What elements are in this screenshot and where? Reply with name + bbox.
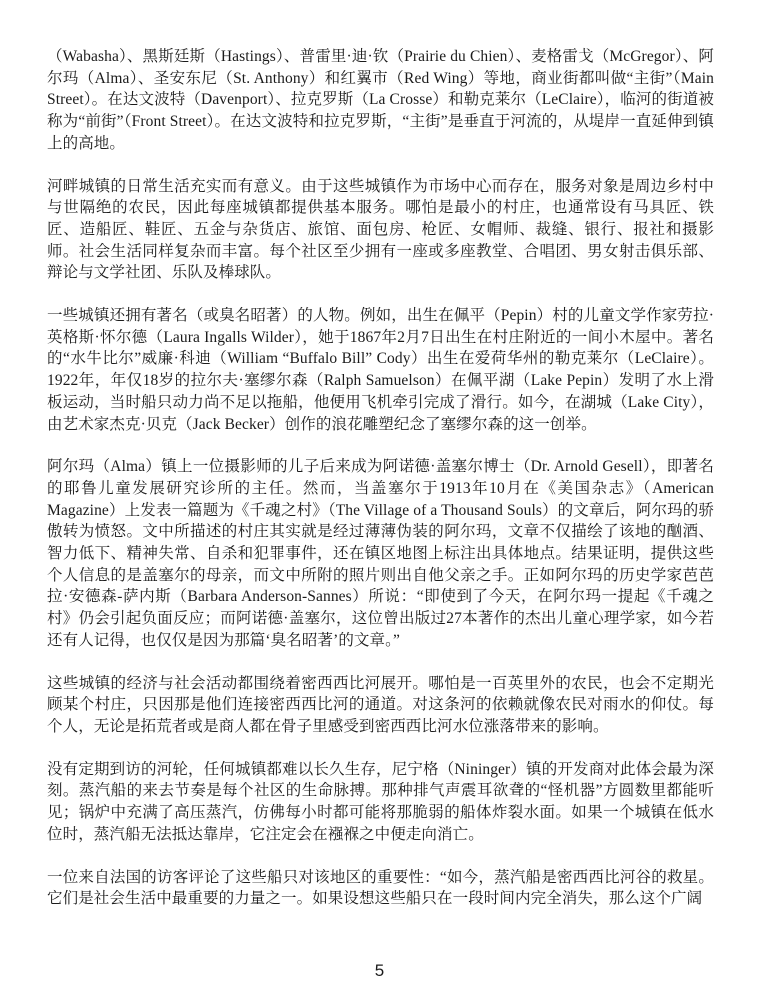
paragraph-gesell-alma: 阿尔玛（Alma）镇上一位摄影师的儿子后来成为阿诺德·盖塞尔博士（Dr. Arn… [47, 456, 714, 651]
paragraph-famous-people: 一些城镇还拥有著名（或臭名昭著）的人物。例如，出生在佩平（Pepin）村的儿童文… [47, 305, 714, 435]
paragraph-daily-life: 河畔城镇的日常生活充实而有意义。由于这些城镇作为市场中心而存在，服务对象是周边乡… [47, 176, 714, 285]
page-number: 5 [375, 961, 384, 980]
document-page: （Wabasha）、黑斯廷斯（Hastings）、普雷里·迪·钦（Prairie… [0, 0, 759, 1000]
paragraph-main-streets: （Wabasha）、黑斯廷斯（Hastings）、普雷里·迪·钦（Prairie… [47, 46, 714, 155]
page-footer: 5 [0, 961, 759, 981]
paragraph-river-economy: 这些城镇的经济与社会活动都围绕着密西西比河展开。哪怕是一百英里外的农民，也会不定… [47, 673, 714, 738]
paragraph-french-visitor: 一位来自法国的访客评论了这些船只对该地区的重要性：“如今，蒸汽船是密西西比河谷的… [47, 867, 714, 910]
paragraph-steamboat-lifeline: 没有定期到访的河轮，任何城镇都难以长久生存，尼宁格（Nininger）镇的开发商… [47, 759, 714, 846]
page-text-block: （Wabasha）、黑斯廷斯（Hastings）、普雷里·迪·钦（Prairie… [47, 46, 714, 910]
